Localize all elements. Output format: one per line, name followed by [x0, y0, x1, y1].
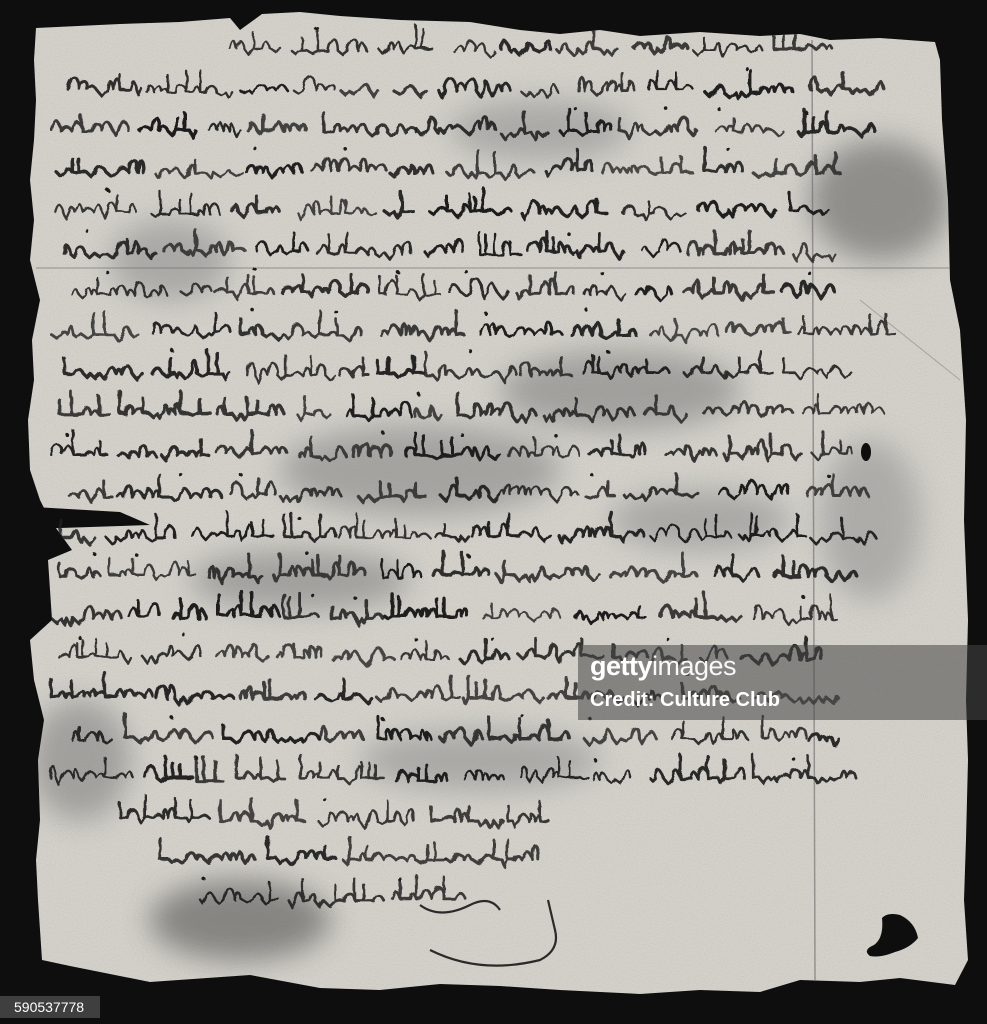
logo-light: images [652, 651, 736, 681]
hole [861, 443, 871, 461]
logo-bold: getty [590, 651, 652, 681]
stock-id-badge: 590537778 [0, 996, 100, 1018]
getty-images-logo: gettyimages [590, 650, 736, 682]
photo: gettyimages Credit: Culture Club 5905377… [0, 0, 987, 1024]
credit-text: Credit: Culture Club [590, 687, 780, 713]
manuscript-image [0, 0, 987, 1024]
